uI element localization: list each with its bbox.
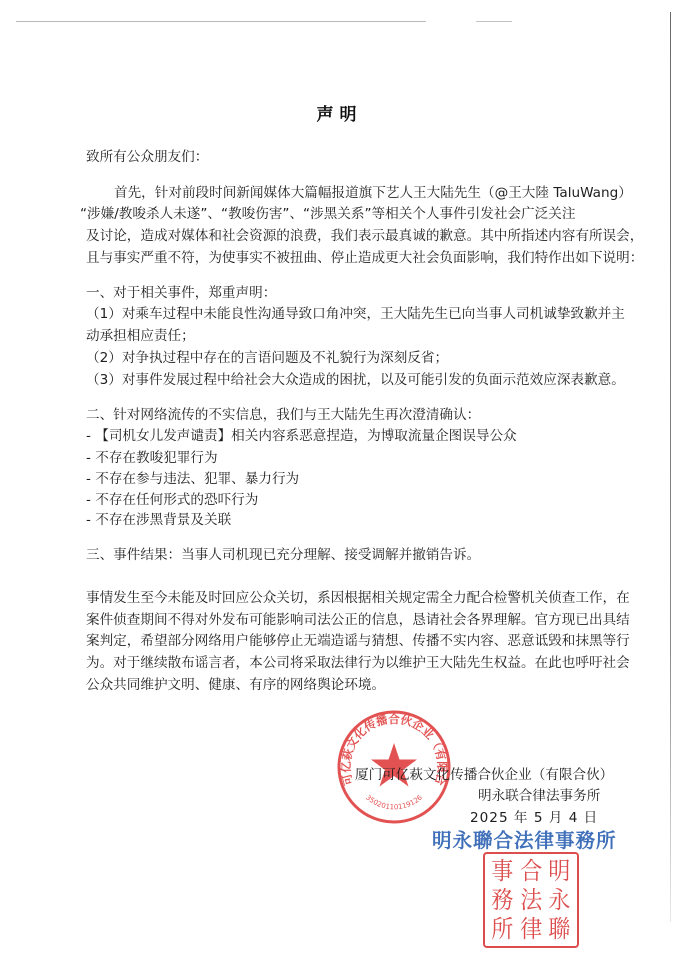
closing-line: 公众共同维护文明、健康、有序的网络舆论环境。 xyxy=(86,675,385,695)
section1-item: （2）对争执过程中存在的言语问题及不礼貌行为深刻反省； xyxy=(86,348,448,368)
salutation: 致所有公众朋友们： xyxy=(86,147,208,167)
scan-edge-top xyxy=(16,21,426,22)
signature-law-firm: 明永联合律法事务所 xyxy=(478,786,600,806)
svg-text:35020110119126: 35020110119126 xyxy=(364,793,424,811)
signature-company: 厦门可亿萩文化传播合伙企业（有限合伙） xyxy=(355,765,613,785)
section2-item: - 不存在涉黑背景及关联 xyxy=(86,510,231,530)
seal-char: 合 xyxy=(518,857,544,886)
closing-line: 案件侦查期间不得对外发布可能影响司法公正的信息，恳请社会各界理解。官方现已出具结 xyxy=(86,610,630,630)
section2-heading: 二、针对网络流传的不实信息，我们与王大陆先生再次澄清确认： xyxy=(86,405,480,425)
seal-char: 事 xyxy=(489,857,515,886)
section3-heading: 三、事件结果：当事人司机现已充分理解、接受调解并撤销告诉。 xyxy=(86,545,480,565)
seal-char: 法 xyxy=(518,886,544,915)
seal-char: 律 xyxy=(518,914,544,943)
section2-item: - 不存在任何形式的恐吓行为 xyxy=(86,490,258,510)
seal-char: 永 xyxy=(546,886,572,915)
intro-line: 且与事实严重不符，为使事实不被扭曲、停止造成更大社会负面影响，我们特作出如下说明… xyxy=(86,248,643,268)
section2-item: - 不存在教唆犯罪行为 xyxy=(86,448,218,468)
section2-item: - 不存在参与违法、犯罪、暴力行为 xyxy=(86,469,299,489)
scan-edge-top-fragment xyxy=(476,21,512,22)
closing-line: 事情发生至今未能及时回应公众关切，系因根据相关规定需全力配合检警机关侦查工作，在 xyxy=(86,588,630,608)
seal-char: 明 xyxy=(546,857,572,886)
document-title: 声明 xyxy=(0,100,679,125)
seal-char: 聯 xyxy=(546,914,572,943)
intro-line: “涉嫌/教唆杀人未遂”、“教唆伤害”、“涉黑关系”等相关个人事件引发社会广泛关注 xyxy=(80,204,575,224)
section1-item: （1）对乘车过程中未能良性沟通导致口角冲突，王大陆先生已向当事人司机诚挚致歉并主 xyxy=(86,304,625,324)
scan-edge-right xyxy=(670,12,671,922)
law-firm-blue-stamp: 明永聯合法律事務所 xyxy=(432,825,617,853)
law-firm-square-seal: 明 永 聯 合 法 律 事 務 所 xyxy=(483,852,579,948)
closing-line: 案判定，希望部分网络用户能够停止无端造谣与猜想、传播不实内容、恶意诋毁和抹黑等行 xyxy=(86,631,630,651)
section1-heading: 一、对于相关事件，郑重声明： xyxy=(86,283,276,303)
section1-item: 动承担相应责任； xyxy=(86,326,195,346)
intro-line: 及讨论，造成对媒体和社会资源的浪费，我们表示最真诚的歉意。其中所指述内容有所误会… xyxy=(86,226,643,246)
closing-line: 为。对于继续散布谣言者，本公司将采取法律行为以维护王大陆先生权益。在此也呼吁社会 xyxy=(86,653,630,673)
section1-item: （3）对事件发展过程中给社会大众造成的困扰，以及可能引发的负面示范效应深表歉意。 xyxy=(86,370,625,390)
seal-char: 所 xyxy=(489,914,515,943)
signature-date: 2025 年 5 月 4 日 xyxy=(470,808,598,828)
seal-char: 務 xyxy=(489,886,515,915)
section2-item: - 【司机女儿发声谴责】相关内容系恶意捏造，为博取流量企图误导公众 xyxy=(86,426,517,446)
intro-line: 首先，针对前段时间新闻媒体大篇幅报道旗下艺人王大陆先生（@王大陸 TaluWan… xyxy=(114,183,632,203)
